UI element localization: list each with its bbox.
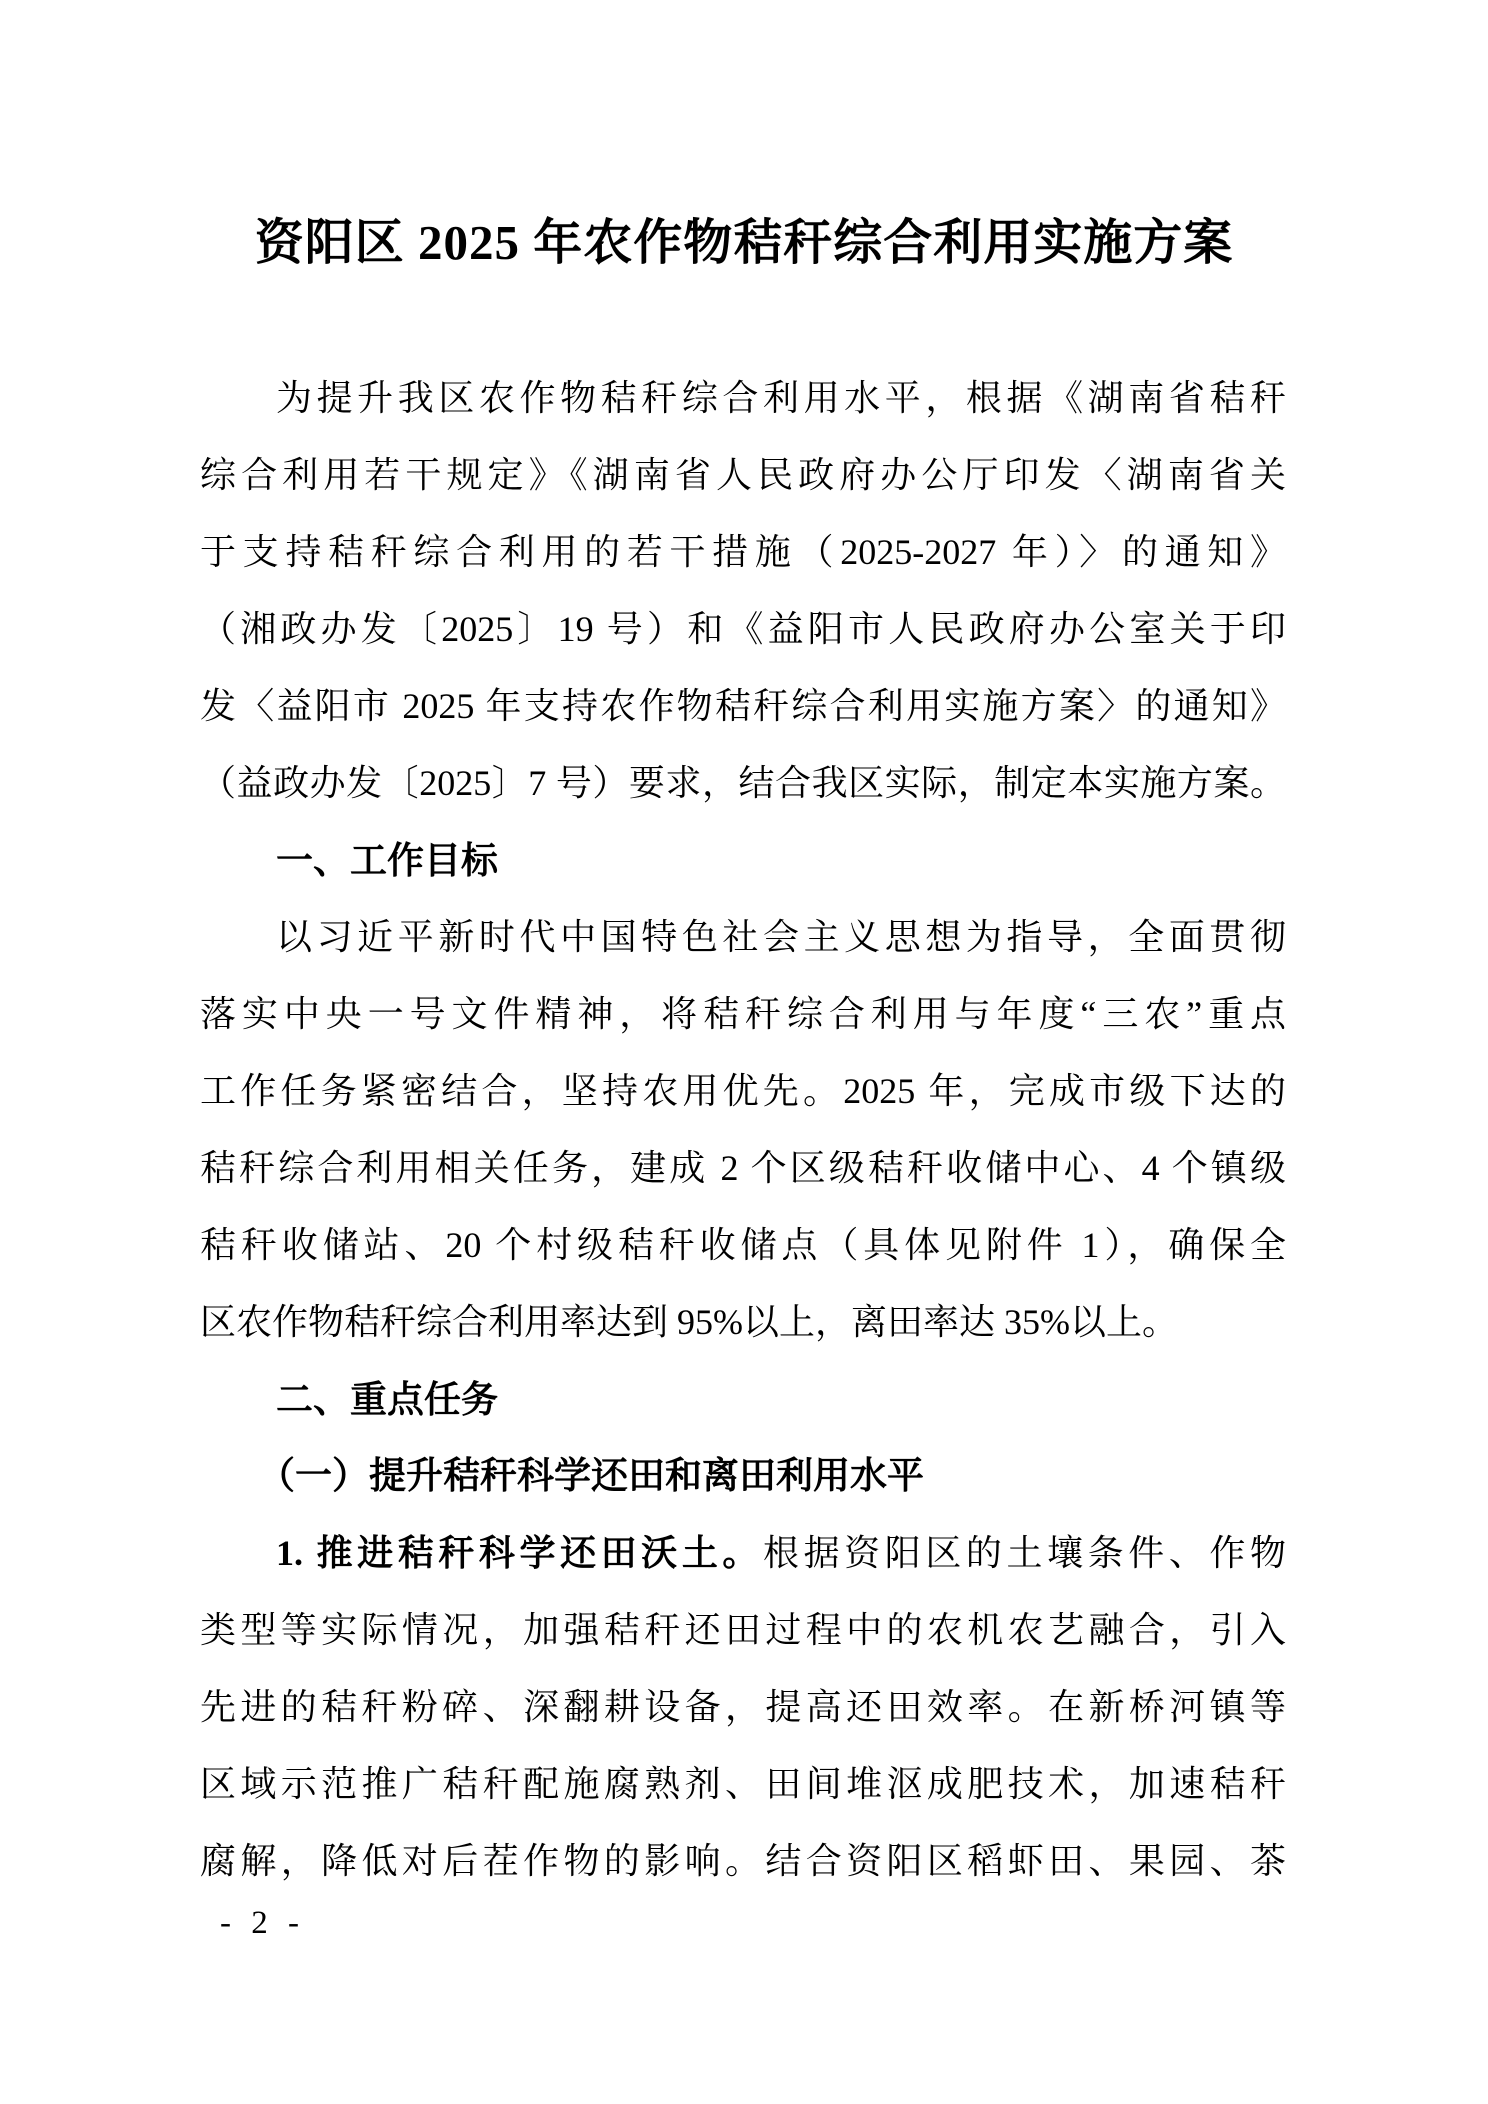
sub-section-heading: （一）提升秸秆科学还田和离田利用水平	[200, 1438, 1286, 1515]
section-heading: 二、重点任务	[200, 1361, 1286, 1438]
section-heading: 一、工作目标	[200, 822, 1286, 899]
text-line: 腐解，降低对后茬作物的影响。结合资阳区稻虾田、果园、茶	[200, 1823, 1286, 1900]
text-line: 为提升我区农作物秸秆综合利用水平，根据《湖南省秸秆	[200, 360, 1286, 437]
document-body: 为提升我区农作物秸秆综合利用水平，根据《湖南省秸秆综合利用若干规定》《湖南省人民…	[200, 360, 1286, 1900]
paragraph-lead: 1. 推进秸秆科学还田沃土。	[276, 1533, 763, 1573]
text-line: 工作任务紧密结合，坚持农用优先。2025 年，完成市级下达的	[200, 1053, 1286, 1130]
document-title: 资阳区 2025 年农作物秸秆综合利用实施方案	[0, 204, 1488, 274]
text-line: 类型等实际情况，加强秸秆还田过程中的农机农艺融合，引入	[200, 1592, 1286, 1669]
text-line: （湘政办发〔2025〕19 号）和《益阳市人民政府办公室关于印	[200, 591, 1286, 668]
text-line: 秸秆综合利用相关任务，建成 2 个区级秸秆收储中心、4 个镇级	[200, 1130, 1286, 1207]
page-number: - 2 -	[220, 1898, 305, 1948]
text-line: 区域示范推广秸秆配施腐熟剂、田间堆沤成肥技术，加速秸秆	[200, 1746, 1286, 1823]
paragraph-text: 根据资阳区的土壤条件、作物	[763, 1533, 1286, 1573]
text-line: 区农作物秸秆综合利用率达到 95%以上，离田率达 35%以上。	[200, 1284, 1286, 1361]
text-line: 以习近平新时代中国特色社会主义思想为指导，全面贯彻	[200, 899, 1286, 976]
text-line: （益政办发〔2025〕7 号）要求，结合我区实际，制定本实施方案。	[200, 745, 1286, 822]
text-line: 秸秆收储站、20 个村级秸秆收储点（具体见附件 1），确保全	[200, 1207, 1286, 1284]
text-line: 综合利用若干规定》《湖南省人民政府办公厅印发〈湖南省关	[200, 437, 1286, 514]
text-line: 1. 推进秸秆科学还田沃土。根据资阳区的土壤条件、作物	[200, 1515, 1286, 1592]
text-line: 先进的秸秆粉碎、深翻耕设备，提高还田效率。在新桥河镇等	[200, 1669, 1286, 1746]
text-line: 于支持秸秆综合利用的若干措施（2025-2027 年）〉的通知》	[200, 514, 1286, 591]
text-line: 发〈益阳市 2025 年支持农作物秸秆综合利用实施方案〉的通知》	[200, 668, 1286, 745]
text-line: 落实中央一号文件精神，将秸秆综合利用与年度“三农”重点	[200, 976, 1286, 1053]
document-page: 资阳区 2025 年农作物秸秆综合利用实施方案 为提升我区农作物秸秆综合利用水平…	[0, 0, 1488, 2104]
